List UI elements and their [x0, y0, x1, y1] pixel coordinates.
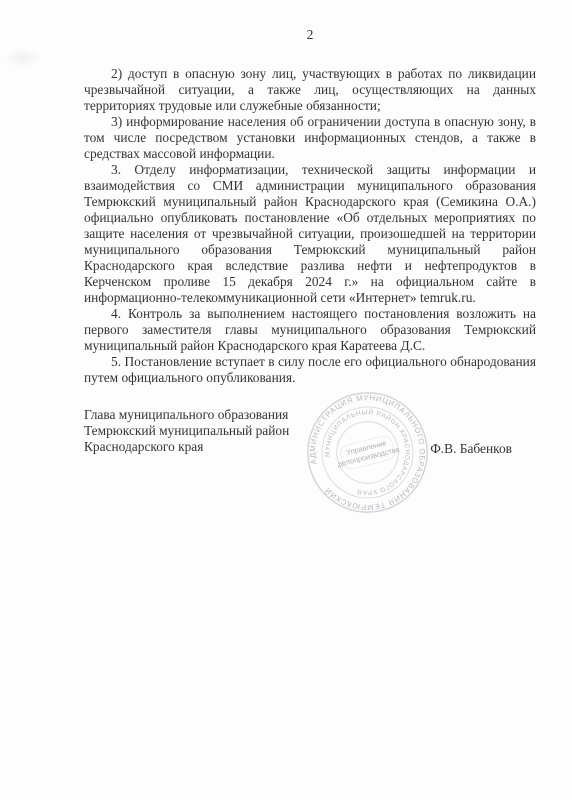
- document-page: 2 2) доступ в опасную зону лиц, участвую…: [0, 0, 572, 800]
- signatory-title: Глава муниципального образования Темрюкс…: [84, 407, 344, 455]
- signatory-title-line-3: Краснодарского края: [84, 439, 344, 455]
- document-body: 2) доступ в опасную зону лиц, участвующи…: [84, 66, 536, 386]
- paragraph-item-5: 5. Постановление вступает в силу после е…: [84, 354, 536, 386]
- signature-block: Глава муниципального образования Темрюкс…: [84, 407, 536, 477]
- paragraph-subitem-2: 2) доступ в опасную зону лиц, участвующи…: [84, 66, 536, 114]
- paragraph-item-4: 4. Контроль за выполнением настоящего по…: [84, 306, 536, 354]
- signatory-title-line-1: Глава муниципального образования: [84, 407, 344, 423]
- paragraph-item-3: 3. Отделу информатизации, технической за…: [84, 162, 536, 306]
- paragraph-subitem-3: 3) информирование населения об ограничен…: [84, 114, 536, 162]
- signatory-title-line-2: Темрюкский муниципальный район: [84, 423, 344, 439]
- scan-artifact: [4, 49, 42, 67]
- signatory-name: Ф.В. Бабенков: [430, 441, 512, 457]
- page-number: 2: [84, 27, 536, 43]
